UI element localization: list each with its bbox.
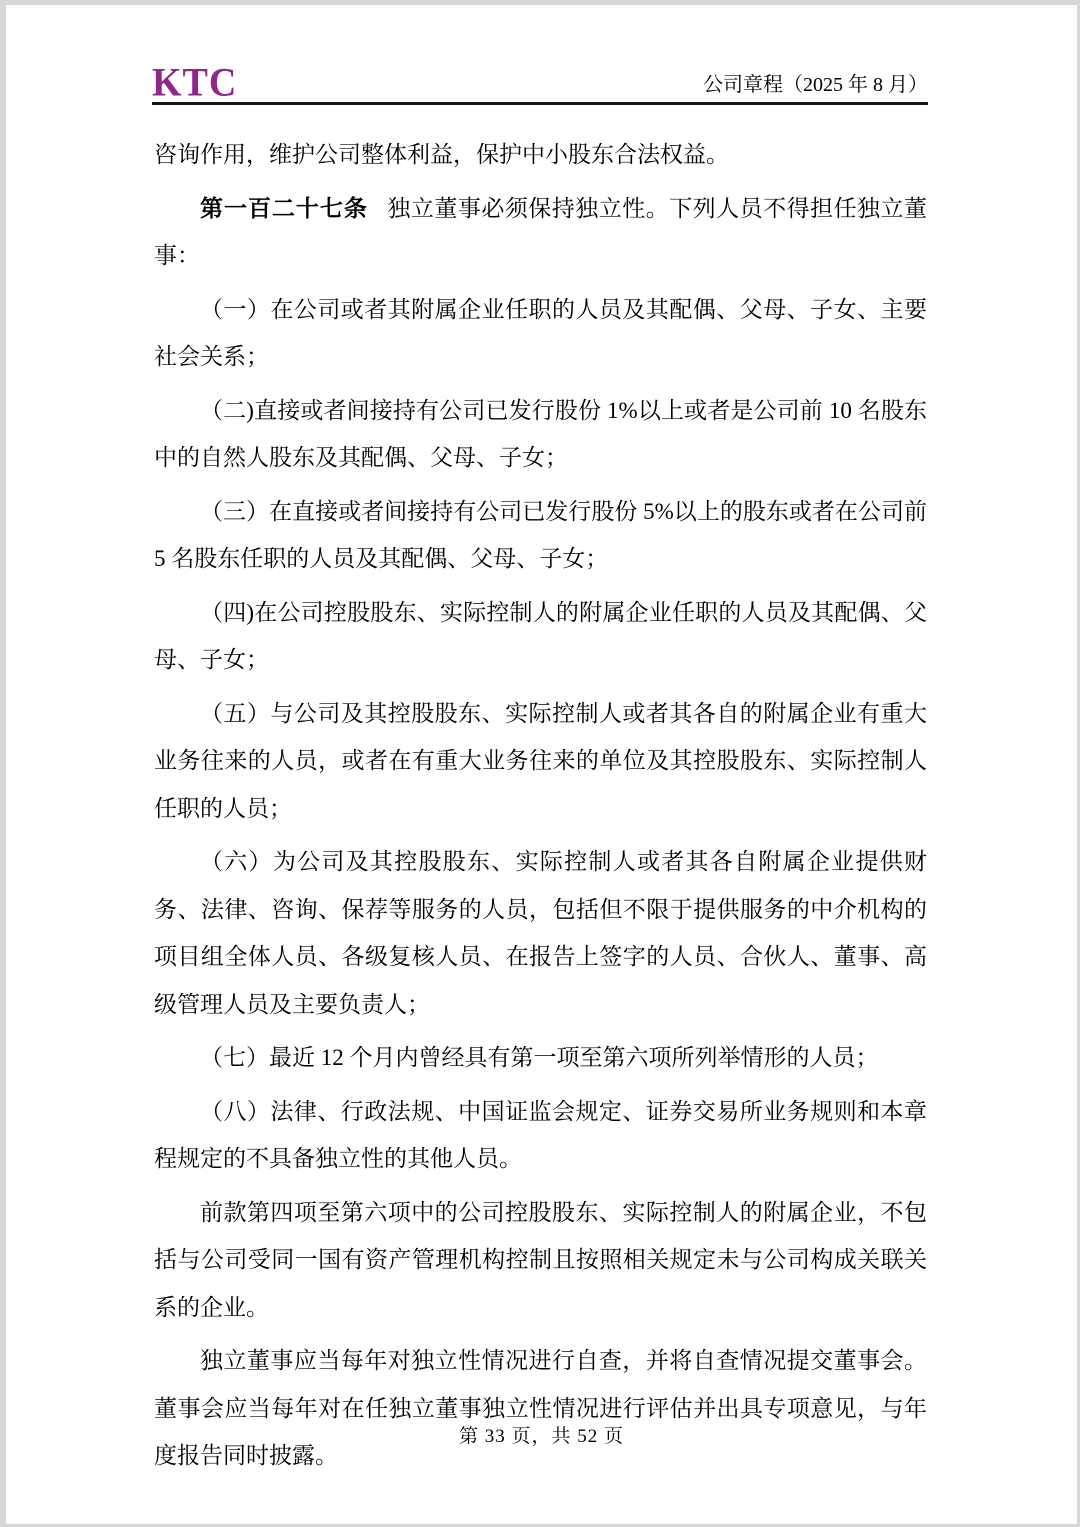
article-paragraph: 第一百二十七条独立董事必须保持独立性。下列人员不得担任独立董事： bbox=[154, 185, 927, 280]
document-title: 公司章程（2025 年 8 月） bbox=[703, 70, 928, 101]
list-item: （二)直接或者间接持有公司已发行股份 1%以上或者是公司前 10 名股东中的自然… bbox=[154, 387, 927, 482]
paragraph-continuation: 咨询作用，维护公司整体利益，保护中小股东合法权益。 bbox=[154, 131, 927, 179]
page-number: 第 33 页，共 52 页 bbox=[459, 1426, 624, 1447]
page-header: KTC 公司章程（2025 年 8 月） bbox=[152, 5, 928, 105]
list-item: （五）与公司及其控股股东、实际控制人或者其各自的附属企业有重大业务往来的人员，或… bbox=[154, 690, 927, 833]
list-item: （一）在公司或者其附属企业任职的人员及其配偶、父母、子女、主要社会关系； bbox=[154, 286, 927, 381]
article-number: 第一百二十七条 bbox=[200, 195, 368, 221]
document-body: 咨询作用，维护公司整体利益，保护中小股东合法权益。 第一百二十七条独立董事必须保… bbox=[154, 131, 927, 1486]
company-logo: KTC bbox=[152, 64, 237, 102]
page-footer: 第 33 页，共 52 页 bbox=[6, 1421, 1077, 1448]
list-item: （七）最近 12 个月内曾经具有第一项至第六项所列举情形的人员； bbox=[154, 1034, 927, 1082]
paragraph: 前款第四项至第六项中的公司控股股东、实际控制人的附属企业，不包括与公司受同一国有… bbox=[154, 1189, 927, 1332]
list-item: （八）法律、行政法规、中国证监会规定、证券交易所业务规则和本章程规定的不具备独立… bbox=[154, 1088, 927, 1183]
document-page: KTC 公司章程（2025 年 8 月） 咨询作用，维护公司整体利益，保护中小股… bbox=[0, 0, 1080, 1527]
list-item: （四)在公司控股股东、实际控制人的附属企业任职的人员及其配偶、父母、子女； bbox=[154, 589, 927, 684]
paragraph: 独立董事应当每年对独立性情况进行自查，并将自查情况提交董事会。董事会应当每年对在… bbox=[154, 1337, 927, 1480]
list-item: （三）在直接或者间接持有公司已发行股份 5%以上的股东或者在公司前 5 名股东任… bbox=[154, 488, 927, 583]
list-item: （六）为公司及其控股股东、实际控制人或者其各自附属企业提供财务、法律、咨询、保荐… bbox=[154, 838, 927, 1028]
